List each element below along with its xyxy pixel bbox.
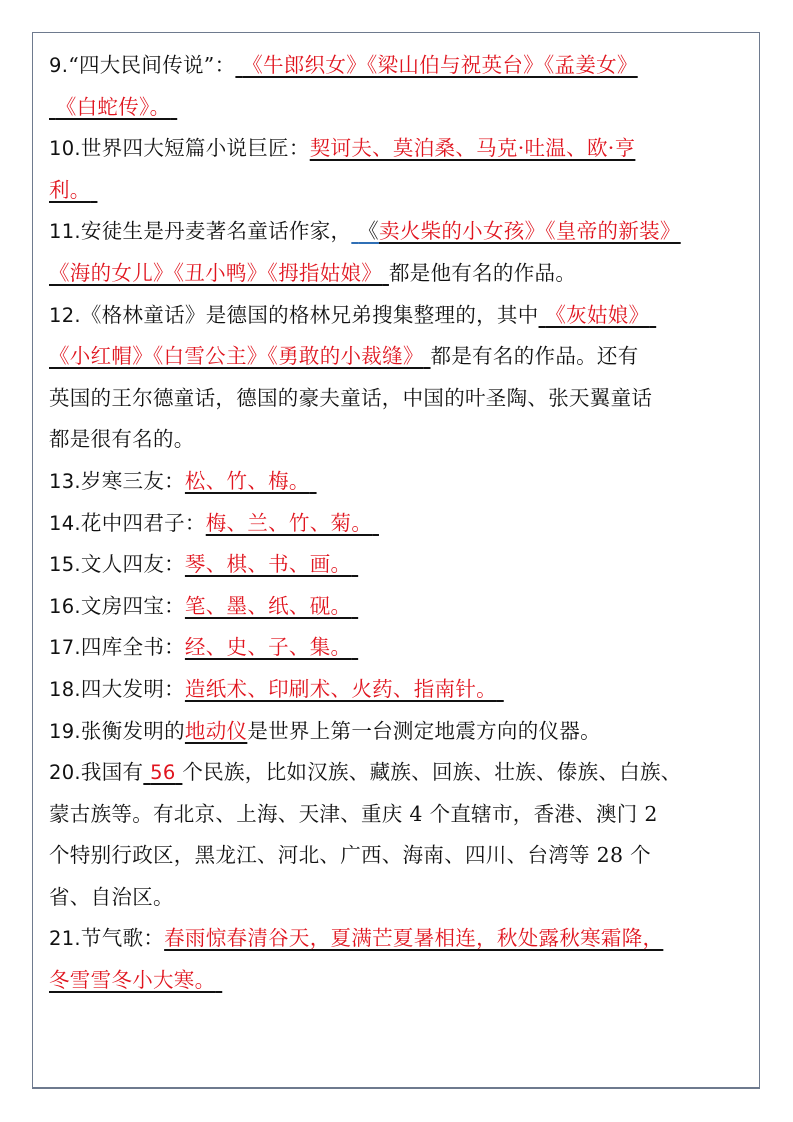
item-number: 12. <box>49 304 81 327</box>
item-10-line-2: 利。 <box>49 170 769 212</box>
answer-text: 春雨惊春清谷天，夏满芒夏暑相连，秋处露秋寒霜降， <box>164 926 663 950</box>
answer-text: 《灰姑娘》 <box>545 303 649 327</box>
item-number: 21. <box>49 927 81 950</box>
item-prompt: “四大民间传说”： <box>68 53 235 77</box>
item-17: 17.四库全书：经、史、子、集。 <box>49 627 769 669</box>
item-number: 11. <box>49 220 81 243</box>
item-prompt: 花中四君子： <box>81 511 206 535</box>
item-prompt: 文人四友： <box>81 552 185 576</box>
answer-text: 经、史、子、集。 <box>185 635 351 659</box>
item-number: 17. <box>49 636 81 659</box>
answer-text: 《小红帽》《白雪公主》《勇敢的小裁缝》 <box>49 344 424 368</box>
answer-text: 笔、墨、纸、砚。 <box>185 594 351 618</box>
item-prompt: 四库全书： <box>81 635 185 659</box>
item-prompt: 世界四大短篇小说巨匠： <box>81 136 310 160</box>
answer-text: 冬雪雪冬小大寒。 <box>49 968 215 992</box>
item-19: 19.张衡发明的地动仪是世界上第一台测定地震方向的仪器。 <box>49 711 769 753</box>
answer-open-quote: 《 <box>358 219 379 243</box>
item-13: 13.岁寒三友：松、竹、梅。 <box>49 461 769 503</box>
item-prompt: 岁寒三友： <box>81 469 185 493</box>
item-20-line-4: 省、自治区。 <box>49 877 769 919</box>
item-number: 14. <box>49 512 81 535</box>
item-12-line-1: 12.《格林童话》是德国的格林兄弟搜集整理的，其中 《灰姑娘》 <box>49 295 769 337</box>
item-18: 18.四大发明：造纸术、印刷术、火药、指南针。 <box>49 669 769 711</box>
item-12-line-4: 都是很有名的。 <box>49 419 769 461</box>
item-20-line-2: 蒙古族等。有北京、上海、天津、重庆 4 个直辖市，香港、澳门 2 <box>49 794 769 836</box>
item-21-line-1: 21.节气歌：春雨惊春清谷天，夏满芒夏暑相连，秋处露秋寒霜降， <box>49 918 769 960</box>
body-text: 都是很有名的。 <box>49 427 195 451</box>
item-15: 15.文人四友：琴、棋、书、画。 <box>49 544 769 586</box>
answer-number: 56 <box>150 761 175 784</box>
answer-text: 《牛郎织女》《梁山伯与祝英台》《孟姜女》 <box>242 53 638 77</box>
answer-text: 利。 <box>49 178 91 202</box>
item-12-line-2: 《小红帽》《白雪公主》《勇敢的小裁缝》 都是有名的作品。还有 <box>49 336 769 378</box>
item-number: 16. <box>49 595 81 618</box>
item-9-line-2: 《白蛇传》。 <box>49 87 769 129</box>
item-prompt: 安徒生是丹麦著名童话作家， <box>81 219 351 243</box>
answer-text: 梅、兰、竹、菊。 <box>206 511 372 535</box>
item-9-line-1: 9.“四大民间传说”： 《牛郎织女》《梁山伯与祝英台》《孟姜女》 <box>49 45 769 87</box>
item-20-line-3: 个特别行政区，黑龙江、河北、广西、海南、四川、台湾等 28 个 <box>49 835 769 877</box>
item-14: 14.花中四君子：梅、兰、竹、菊。 <box>49 503 769 545</box>
answer-text: 松、竹、梅。 <box>185 469 310 493</box>
item-prompt: 张衡发明的 <box>81 719 185 743</box>
item-20-line-1: 20.我国有 56 个民族，比如汉族、藏族、回族、壮族、傣族、白族、 <box>49 752 769 794</box>
item-prompt: 我国有 <box>81 760 143 784</box>
body-text: 个特别行政区，黑龙江、河北、广西、海南、四川、台湾等 28 个 <box>49 843 651 867</box>
body-text: 省、自治区。 <box>49 885 174 909</box>
item-suffix: 都是有名的作品。还有 <box>431 344 639 368</box>
item-11-line-2: 《海的女儿》《丑小鸭》《拇指姑娘》 都是他有名的作品。 <box>49 253 769 295</box>
item-number: 10. <box>49 137 81 160</box>
item-12-line-3: 英国的王尔德童话，德国的豪夫童话，中国的叶圣陶、张天翼童话 <box>49 378 769 420</box>
document-body: 9.“四大民间传说”： 《牛郎织女》《梁山伯与祝英台》《孟姜女》 《白蛇传》。 … <box>49 45 769 1002</box>
item-suffix: 是世界上第一台测定地震方向的仪器。 <box>247 719 601 743</box>
item-number: 18. <box>49 678 81 701</box>
answer-text: 地动仪 <box>185 719 247 743</box>
item-number: 20. <box>49 761 81 784</box>
body-text: 英国的王尔德童话，德国的豪夫童话，中国的叶圣陶、张天翼童话 <box>49 386 652 410</box>
item-prompt: 四大发明： <box>81 677 185 701</box>
item-prompt: 《格林童话》是德国的格林兄弟搜集整理的，其中 <box>81 303 539 327</box>
answer-text: 琴、棋、书、画。 <box>185 552 351 576</box>
answer-text: 造纸术、印刷术、火药、指南针。 <box>185 677 497 701</box>
item-number: 15. <box>49 553 81 576</box>
item-number: 19. <box>49 720 81 743</box>
item-number: 13. <box>49 470 81 493</box>
item-prompt: 节气歌： <box>81 926 164 950</box>
item-16: 16.文房四宝：笔、墨、纸、砚。 <box>49 586 769 628</box>
answer-text: 《白蛇传》。 <box>56 95 171 119</box>
item-suffix: 都是他有名的作品。 <box>389 261 576 285</box>
answer-text: 契诃夫、莫泊桑、马克·吐温、欧·亨 <box>310 136 636 160</box>
item-11-line-1: 11.安徒生是丹麦著名童话作家， 《卖火柴的小女孩》《皇帝的新装》 <box>49 211 769 253</box>
item-prompt: 文房四宝： <box>81 594 185 618</box>
item-21-line-2: 冬雪雪冬小大寒。 <box>49 960 769 1002</box>
item-10-line-1: 10.世界四大短篇小说巨匠：契诃夫、莫泊桑、马克·吐温、欧·亨 <box>49 128 769 170</box>
answer-text: 《海的女儿》《丑小鸭》《拇指姑娘》 <box>49 261 382 285</box>
item-number: 9. <box>49 54 68 77</box>
body-text: 蒙古族等。有北京、上海、天津、重庆 4 个直辖市，香港、澳门 2 <box>49 802 658 826</box>
answer-text: 卖火柴的小女孩》《皇帝的新装》 <box>379 219 681 243</box>
body-text: 个民族，比如汉族、藏族、回族、壮族、傣族、白族、 <box>182 760 681 784</box>
